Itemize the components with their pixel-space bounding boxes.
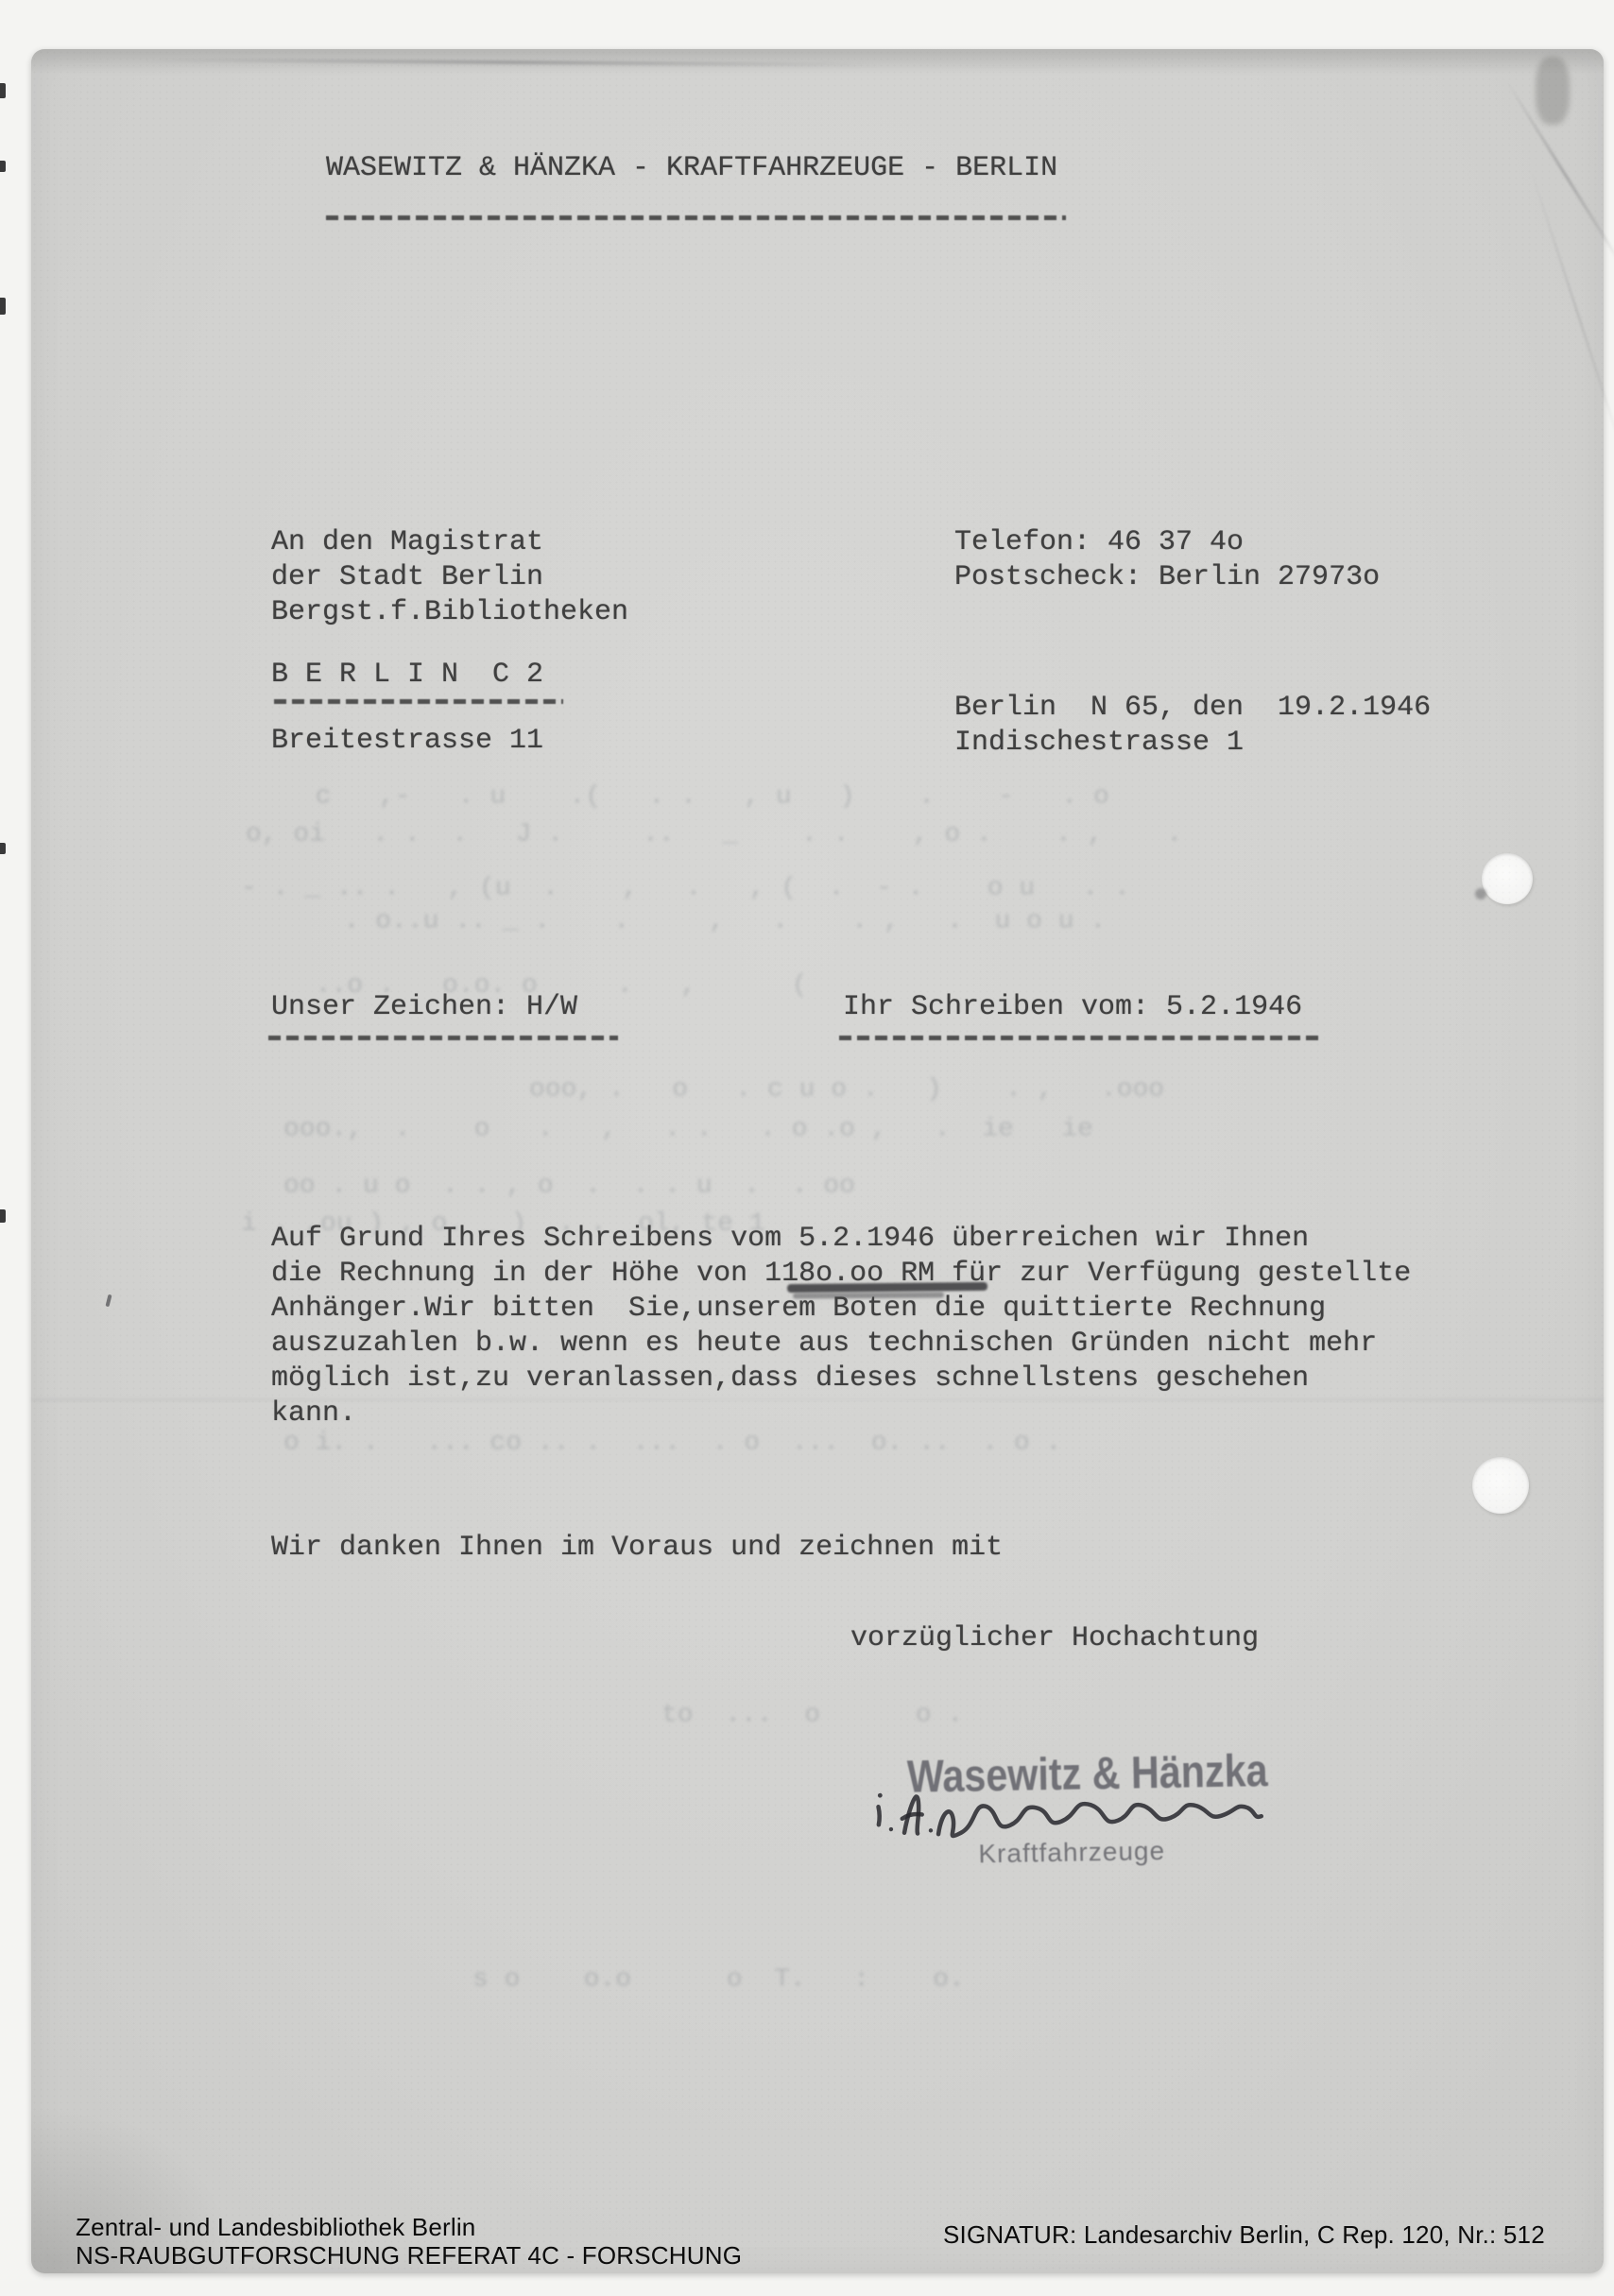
recipient-line-2: der Stadt Berlin <box>271 560 543 595</box>
body-line-2-post: für zur Verfügung gestellte <box>935 1258 1411 1290</box>
body-line-1: Auf Grund Ihres Schreibens vom 5.2.1946 … <box>271 1222 1309 1257</box>
body-line-4: auszuzahlen b.w. wenn es heute aus techn… <box>271 1327 1377 1362</box>
bleed-through-line: ooo, . o . c u o . ) . , .ooo <box>529 1076 1164 1104</box>
contact-telefon: Telefon: 46 37 4o <box>954 525 1244 560</box>
reference-your-letter-underline <box>839 1036 1323 1040</box>
recipient-street: Breitestrasse 11 <box>271 724 543 759</box>
body-line-5: möglich ist,zu veranlassen,dass dieses s… <box>271 1362 1309 1396</box>
handwritten-signature <box>867 1764 1276 1861</box>
bleed-through-line: c ,- . u .( . . , u ) . - . o <box>283 783 1109 811</box>
reference-your-letter: Ihr Schreiben vom: 5.2.1946 <box>843 990 1302 1025</box>
hole-punch-blemish <box>1475 888 1486 900</box>
scan-edge-artifact <box>0 161 6 172</box>
bleed-through-line: o i. . ... co .. . ... . o ... o. .. . o… <box>283 1430 1061 1457</box>
paper-fold-line <box>31 1398 1604 1401</box>
scan-edge-artifact <box>0 298 6 315</box>
recipient-line-3: Bergst.f.Bibliotheken <box>271 595 628 630</box>
paper-crease <box>1528 163 1614 460</box>
hole-punch <box>1472 1457 1529 1514</box>
reference-our-ref-underline <box>268 1036 618 1040</box>
bleed-through-line: s o o.o o T. : o. <box>472 1966 965 1994</box>
dateline-place-date: Berlin N 65, den 19.2.1946 <box>954 691 1431 726</box>
archive-overlay-left-line1: Zentral- und Landesbibliothek Berlin <box>76 2213 475 2241</box>
bleed-through-line: . o..u .. _ . . , . . , . u o u . <box>312 908 1106 935</box>
scan-background: c ,- . u .( . . , u ) . - . o o, oi . . … <box>0 0 1614 2296</box>
closing-line: vorzüglicher Hochachtung <box>850 1621 1259 1656</box>
recipient-city: B E R L I N C 2 <box>271 658 543 693</box>
scan-edge-artifact <box>0 83 6 98</box>
company-stamp: Wasewitz & Hänzka Kraftfahrzeuge <box>880 1737 1336 1924</box>
archive-overlay-signature: SIGNATUR: Landesarchiv Berlin, C Rep. 12… <box>943 2220 1540 2249</box>
dateline-street: Indischestrasse 1 <box>954 726 1244 761</box>
scan-edge-artifact <box>0 1209 6 1223</box>
document-paper: c ,- . u .( . . , u ) . - . o o, oi . . … <box>31 49 1604 2273</box>
scan-edge-artifact <box>0 843 6 854</box>
bleed-through-line: to ... o o . <box>661 1702 963 1729</box>
margin-pen-mark <box>105 1294 112 1308</box>
bleed-through-line: o, oi . . . J . .. _ . . , o . . , . <box>246 821 1182 848</box>
paper-grain <box>31 49 1604 2273</box>
letterhead-company: WASEWITZ & HÄNZKA - KRAFTFAHRZEUGE - BER… <box>326 151 1057 186</box>
hole-punch <box>1482 853 1533 904</box>
body-line-3: Anhänger.Wir bitten Sie,unserem Boten di… <box>271 1292 1326 1327</box>
thanks-line: Wir danken Ihnen im Voraus und zeichnen … <box>271 1531 1003 1566</box>
archive-overlay-left-line2: NS-RAUBGUTFORSCHUNG REFERAT 4C - FORSCHU… <box>76 2241 742 2270</box>
paper-stain <box>1536 57 1570 125</box>
letterhead-underline <box>326 215 1066 220</box>
body-line-6: kann. <box>271 1396 356 1431</box>
bleed-through-line: ooo., . o . , . . . o .o , . ie ie <box>283 1116 1093 1143</box>
bleed-through-line: - . _ .. . , (u . , . , ( . - . o u . . <box>241 875 1130 902</box>
recipient-city-underline <box>274 699 563 704</box>
body-line-2-pre: die Rechnung in der Höhe von <box>271 1258 764 1290</box>
reference-our-ref: Unser Zeichen: H/W <box>271 990 577 1025</box>
bleed-through-line: oo . u o . . , o . . . u . . oo <box>283 1173 855 1200</box>
contact-postscheck: Postscheck: Berlin 27973o <box>954 560 1380 595</box>
recipient-line-1: An den Magistrat <box>271 525 543 560</box>
